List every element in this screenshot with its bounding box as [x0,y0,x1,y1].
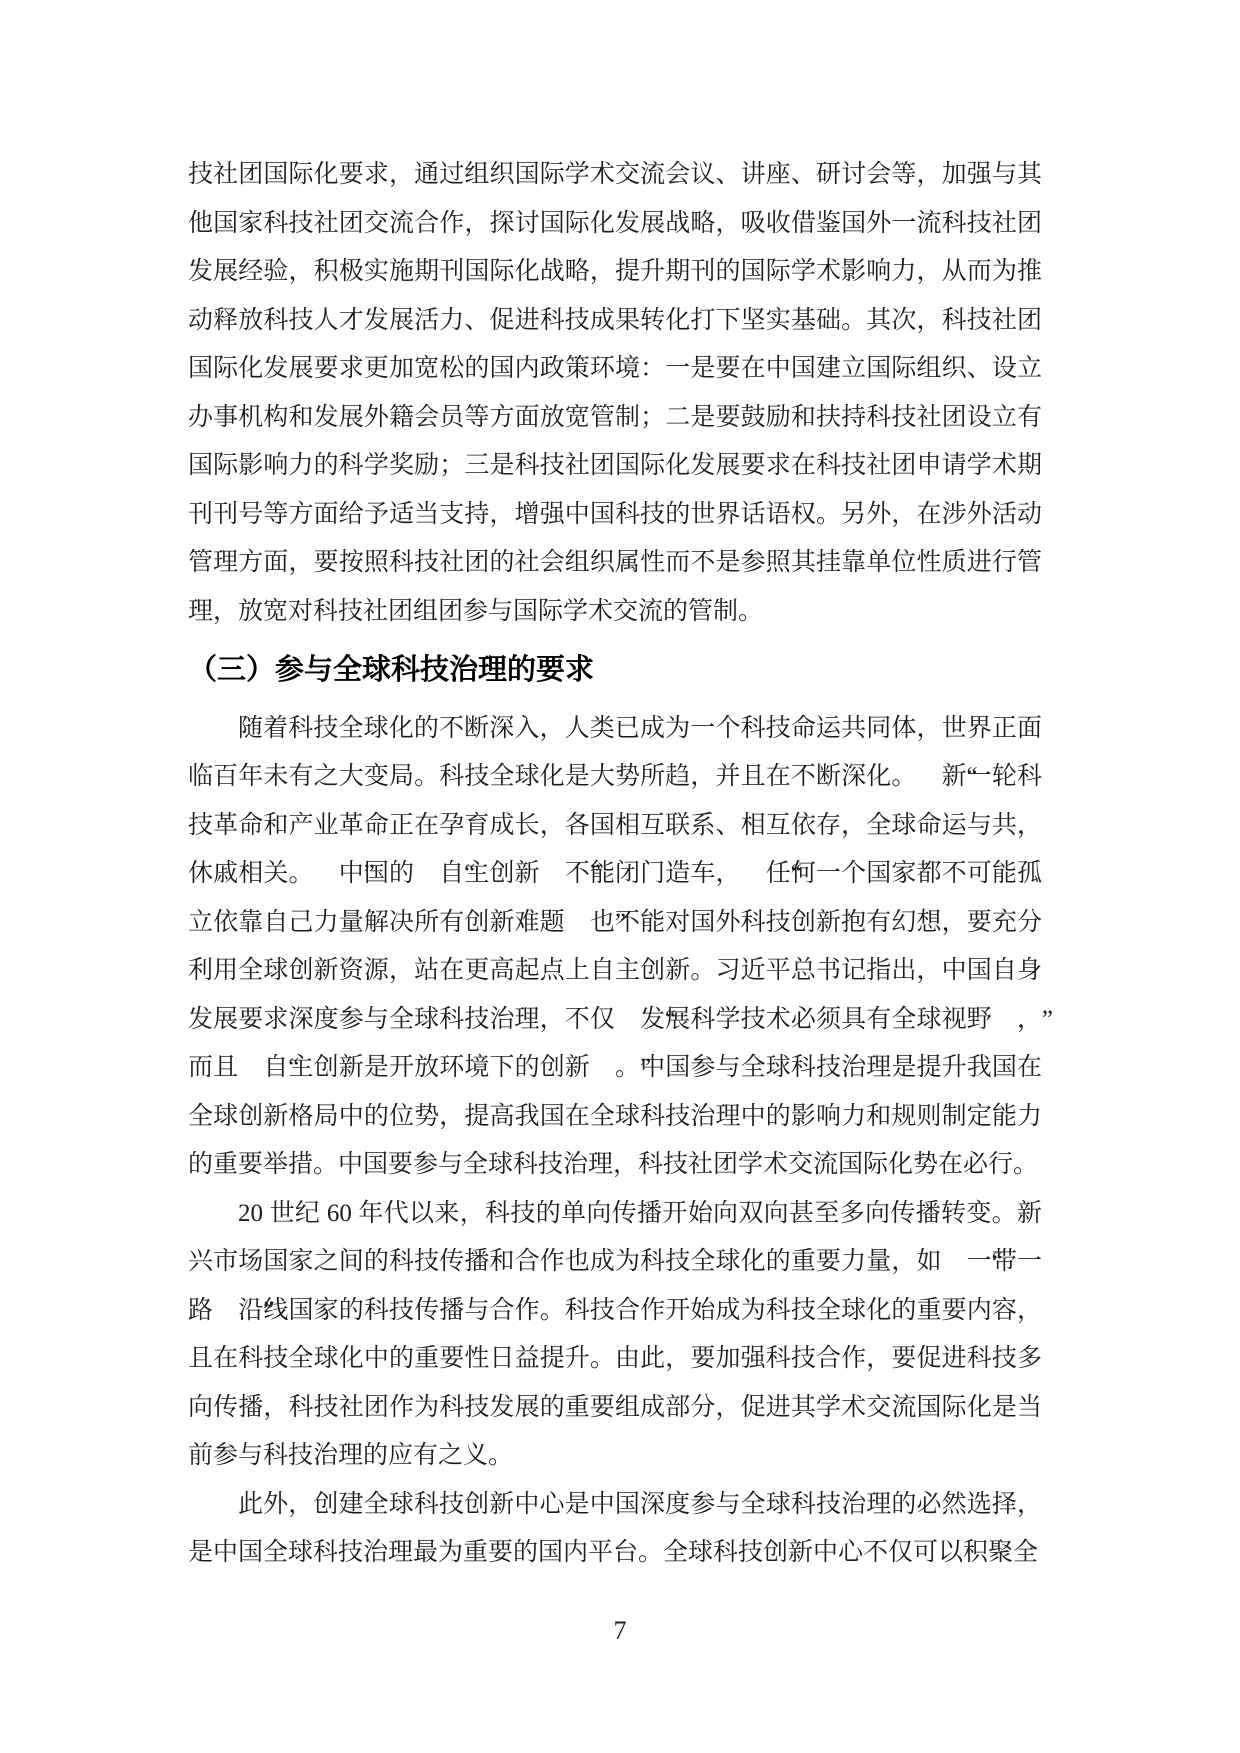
section-heading: （三）参与全球科技治理的要求 [188,646,1042,695]
document-page: 技社团国际化要求，通过组织国际学术交流会议、讲座、研讨会等，加强与其他国家科技社… [0,0,1240,1753]
page-footer: 7 [0,1607,1240,1656]
page-number: 7 [614,1616,627,1645]
body-paragraph-3: 此外，创建全球科技创新中心是中国深度参与全球科技治理的必然选择，是中国全球科技治… [188,1481,1042,1578]
body-paragraph-2: 20 世纪 60 年代以来，科技的单向传播开始向双向甚至多向传播转变。新兴市场国… [188,1190,1042,1481]
body-paragraph-1: 随着科技全球化的不断深入，人类已成为一个科技命运共同体，世界正面临百年未有之大变… [188,705,1042,1190]
continued-paragraph: 技社团国际化要求，通过组织国际学术交流会议、讲座、研讨会等，加强与其他国家科技社… [188,151,1042,636]
document-body: 技社团国际化要求，通过组织国际学术交流会议、讲座、研讨会等，加强与其他国家科技社… [188,151,1042,1578]
